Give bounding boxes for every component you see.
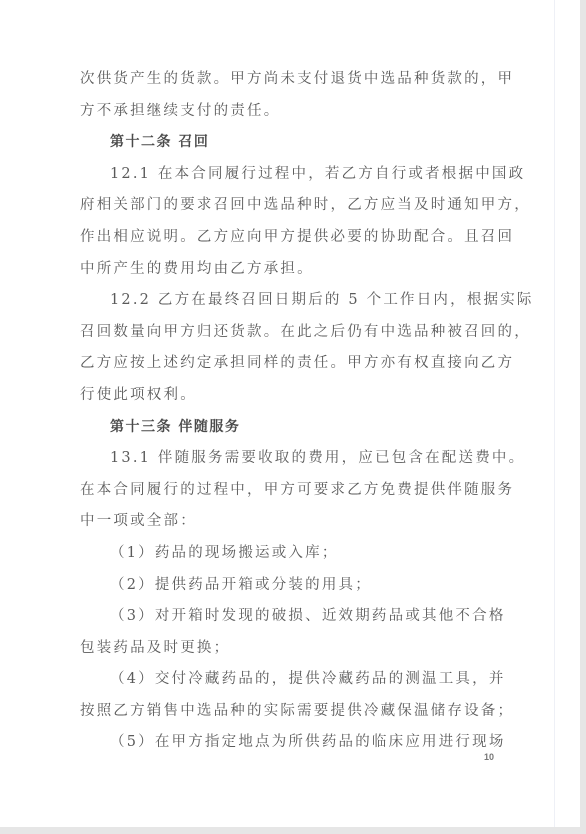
text-line: 府相关部门的要求召回中选品种时，乙方应当及时通知甲方， (80, 190, 494, 222)
text-line: （4）交付冷藏药品的，提供冷藏药品的测温工具，并 (80, 664, 494, 696)
text-line: 在本合同履行的过程中，甲方可要求乙方免费提供伴随服务 (80, 475, 494, 507)
text-line: 乙方应按上述约定承担同样的责任。甲方亦有权直接向乙方 (80, 348, 494, 380)
text-line: 作出相应说明。乙方应向甲方提供必要的协助配合。且召回 (80, 222, 494, 254)
document-page: 次供货产生的货款。甲方尚未支付退货中选品种货款的，甲方不承担继续支付的责任。第十… (0, 0, 580, 827)
text-line: （3）对开箱时发现的破损、近效期药品或其他不合格 (80, 601, 494, 633)
text-line: 行使此项权利。 (80, 380, 494, 412)
text-line: 中一项或全部： (80, 506, 494, 538)
text-line: 中所产生的费用均由乙方承担。 (80, 254, 494, 286)
page-edge-line (554, 0, 555, 827)
section-heading: 第十三条 伴随服务 (80, 412, 494, 444)
text-line: （2）提供药品开箱或分装的用具； (80, 570, 494, 602)
text-line: 召回数量向甲方归还货款。在此之后仍有中选品种被召回的， (80, 317, 494, 349)
text-line: 方不承担继续支付的责任。 (80, 96, 494, 128)
text-line: 包装药品及时更换； (80, 633, 494, 665)
document-body: 次供货产生的货款。甲方尚未支付退货中选品种货款的，甲方不承担继续支付的责任。第十… (80, 64, 494, 759)
section-heading: 第十二条 召回 (80, 127, 494, 159)
page-number: 10 (484, 752, 494, 762)
text-line: （5）在甲方指定地点为所供药品的临床应用进行现场 (80, 727, 494, 759)
text-line: （1）药品的现场搬运或入库； (80, 538, 494, 570)
text-line: 12.2 乙方在最终召回日期后的 5 个工作日内，根据实际 (80, 285, 494, 317)
text-line: 次供货产生的货款。甲方尚未支付退货中选品种货款的，甲 (80, 64, 494, 96)
text-line: 12.1 在本合同履行过程中，若乙方自行或者根据中国政 (80, 159, 494, 191)
text-line: 13.1 伴随服务需要收取的费用，应已包含在配送费中。 (80, 443, 494, 475)
text-line: 按照乙方销售中选品种的实际需要提供冷藏保温储存设备； (80, 696, 494, 728)
